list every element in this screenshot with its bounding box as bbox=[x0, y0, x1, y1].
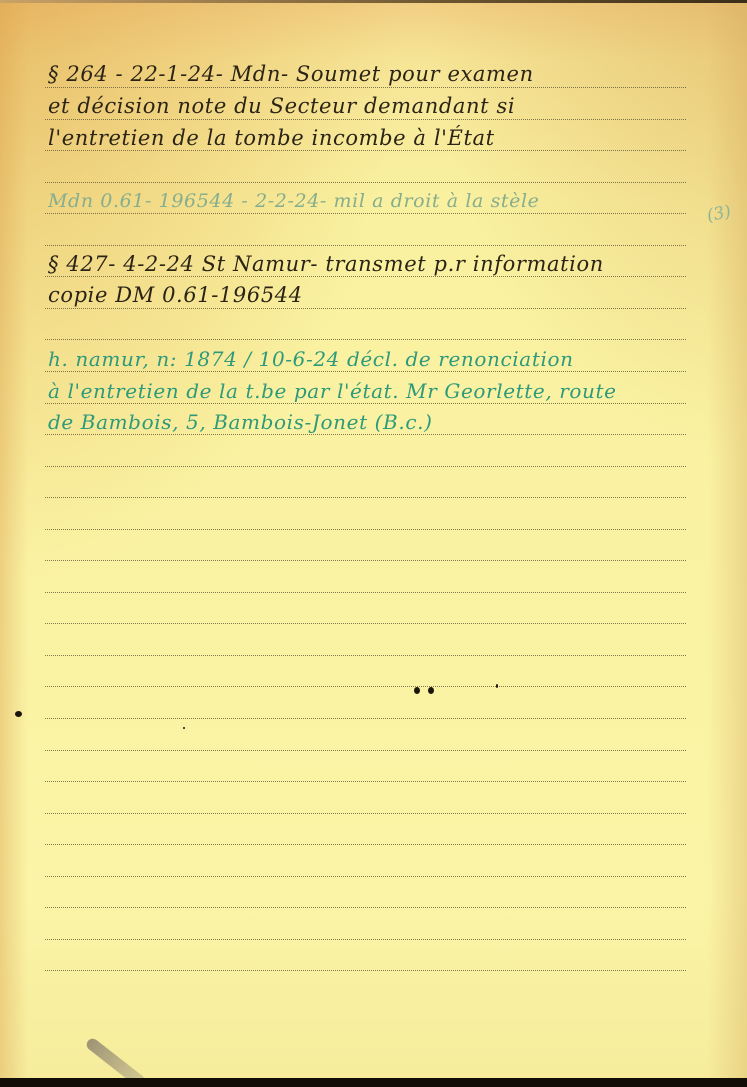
entry-3-line-1: § 427- 4-2-24 St Namur- transmet p.r inf… bbox=[48, 254, 604, 275]
ruled-line bbox=[45, 750, 686, 751]
ruled-line bbox=[45, 339, 686, 340]
ink-spot bbox=[183, 727, 185, 729]
ruled-line bbox=[45, 781, 686, 782]
ruled-line bbox=[45, 970, 686, 971]
ruled-line bbox=[45, 529, 686, 530]
entry-4-line-3: de Bambois, 5, Bambois-Jonet (B.c.) bbox=[48, 412, 432, 432]
ruled-line bbox=[45, 371, 686, 372]
margin-note: (3) bbox=[705, 202, 733, 227]
ledger-card: § 264 - 22-1-24- Mdn- Soumet pour examen… bbox=[0, 0, 747, 1078]
ruled-line bbox=[45, 907, 686, 908]
entry-4-line-1: h. namur, n: 1874 / 10-6-24 décl. de ren… bbox=[48, 349, 574, 369]
ruled-line bbox=[45, 276, 686, 277]
ruled-line bbox=[45, 813, 686, 814]
ruled-line bbox=[45, 466, 686, 467]
ink-spot bbox=[15, 711, 22, 717]
ruled-line bbox=[45, 718, 686, 719]
ink-spot bbox=[428, 687, 434, 694]
ruled-line bbox=[45, 87, 686, 88]
ruled-line bbox=[45, 308, 686, 309]
ruled-line bbox=[45, 245, 686, 246]
pencil-smudge bbox=[84, 1036, 147, 1078]
card-top-edge bbox=[0, 0, 747, 3]
ruled-line bbox=[45, 655, 686, 656]
ruled-line bbox=[45, 182, 686, 183]
card-bottom-edge bbox=[0, 1078, 747, 1087]
ruled-line bbox=[45, 876, 686, 877]
entry-1-line-1: § 264 - 22-1-24- Mdn- Soumet pour examen bbox=[48, 64, 534, 85]
ruled-line bbox=[45, 623, 686, 624]
ruled-line bbox=[45, 119, 686, 120]
ruled-line bbox=[45, 213, 686, 214]
ink-spot bbox=[496, 684, 498, 688]
ruled-line bbox=[45, 686, 686, 687]
ruled-line bbox=[45, 560, 686, 561]
ruled-line bbox=[45, 844, 686, 845]
entry-1-line-2: et décision note du Secteur demandant si bbox=[48, 96, 515, 117]
ruled-line bbox=[45, 497, 686, 498]
ruled-line bbox=[45, 939, 686, 940]
ruled-line bbox=[45, 592, 686, 593]
ruled-line bbox=[45, 403, 686, 404]
entry-1-line-3: l'entretien de la tombe incombe à l'État bbox=[48, 128, 495, 149]
ink-spot bbox=[414, 687, 420, 694]
entry-2-line-1: Mdn 0.61- 196544 - 2-2-24- mil a droit à… bbox=[48, 192, 540, 211]
ruled-line bbox=[45, 150, 686, 151]
ruled-line bbox=[45, 434, 686, 435]
entry-4-line-2: à l'entretien de la t.be par l'état. Mr … bbox=[48, 381, 617, 401]
entry-3-line-2: copie DM 0.61-196544 bbox=[48, 285, 303, 306]
